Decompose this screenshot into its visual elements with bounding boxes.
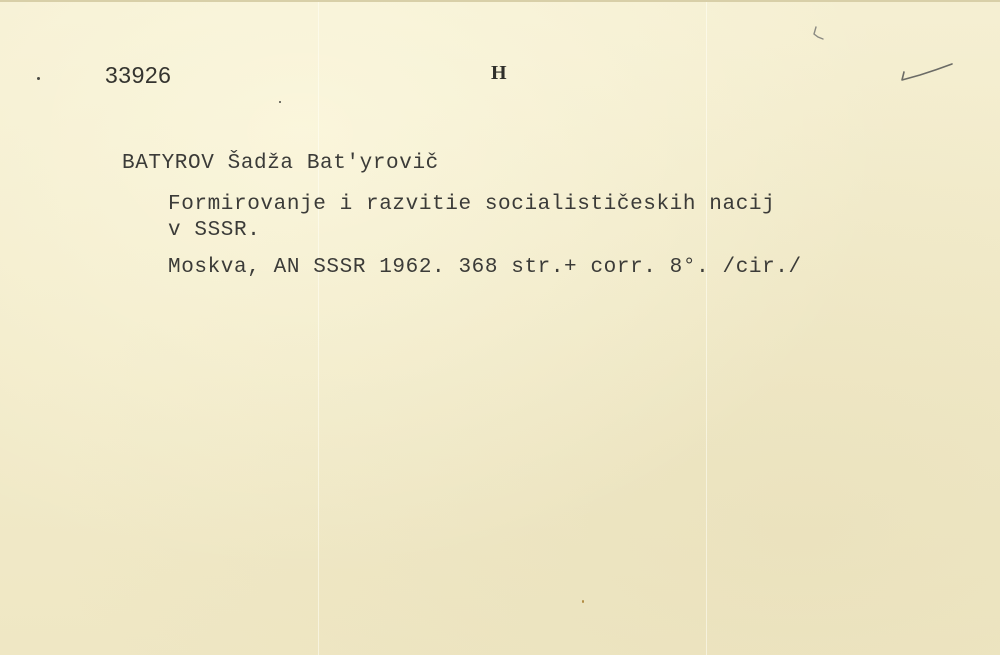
ink-speck: [279, 101, 281, 103]
location-letter: H: [491, 62, 507, 85]
paper-fold-line: [706, 2, 707, 655]
pencil-mark-icon: [810, 24, 834, 48]
checkmark-icon: [898, 60, 958, 88]
ink-speck: [582, 600, 584, 603]
ink-speck: [37, 77, 40, 80]
catalog-card: 33926 H BATYROV Šadža Bat'yrovič Formiro…: [0, 0, 1000, 655]
title-line-1: Formirovanje i razvitie socialističeskih…: [168, 194, 775, 215]
author-heading: BATYROV Šadža Bat'yrovič: [122, 153, 439, 174]
call-number: 33926: [105, 62, 171, 89]
imprint-line: Moskva, AN SSSR 1962. 368 str.+ corr. 8°…: [168, 257, 802, 278]
paper-fold-line: [318, 2, 319, 655]
title-line-2: v SSSR.: [168, 220, 260, 241]
